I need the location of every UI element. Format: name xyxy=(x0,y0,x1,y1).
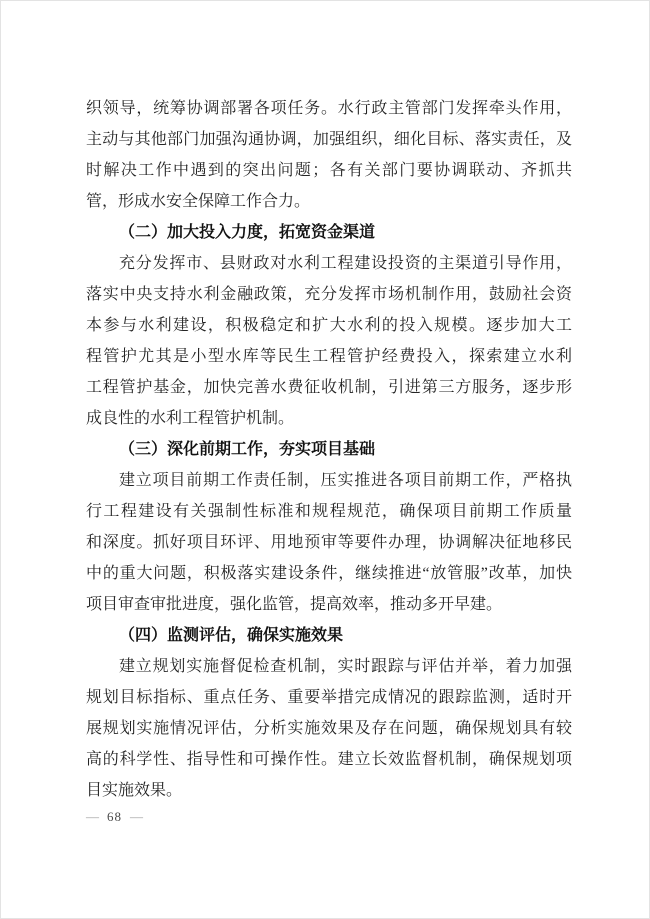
body-line: 目实施效果。 xyxy=(86,775,572,806)
document-page: 织领导，统筹协调部署各项任务。水行政主管部门发挥牵头作用， 主动与其他部门加强沟… xyxy=(0,0,650,919)
section-heading: （三）深化前期工作，夯实项目基础 xyxy=(86,434,572,465)
page-number: 68 xyxy=(107,809,122,824)
body-line: 充分发挥市、县财政对水利工程建设投资的主渠道引导作用， xyxy=(86,248,572,279)
footer-dash-left: — xyxy=(86,809,99,824)
body-line: 织领导，统筹协调部署各项任务。水行政主管部门发挥牵头作用， xyxy=(86,93,572,124)
document-body: 织领导，统筹协调部署各项任务。水行政主管部门发挥牵头作用， 主动与其他部门加强沟… xyxy=(86,93,572,806)
body-line: 建立项目前期工作责任制，压实推进各项目前期工作，严格执 xyxy=(86,465,572,496)
body-line: 中的重大问题，积极落实建设条件，继续推进“放管服”改革，加快 xyxy=(86,558,572,589)
body-line: 落实中央支持水利金融政策，充分发挥市场机制作用，鼓励社会资 xyxy=(86,279,572,310)
body-line: 时解决工作中遇到的突出问题；各有关部门要协调联动、齐抓共 xyxy=(86,155,572,186)
body-line: 程管护尤其是小型水库等民生工程管护经费投入，探索建立水利 xyxy=(86,341,572,372)
body-line: 和深度。抓好项目环评、用地预审等要件办理，协调解决征地移民 xyxy=(86,527,572,558)
body-line: 建立规划实施督促检查机制，实时跟踪与评估并举，着力加强 xyxy=(86,651,572,682)
body-line: 规划目标指标、重点任务、重要举措完成情况的跟踪监测，适时开 xyxy=(86,682,572,713)
body-line: 工程管护基金，加快完善水费征收机制，引进第三方服务，逐步形 xyxy=(86,372,572,403)
section-heading: （四）监测评估，确保实施效果 xyxy=(86,620,572,651)
body-line: 本参与水利建设，积极稳定和扩大水利的投入规模。逐步加大工 xyxy=(86,310,572,341)
body-line: 展规划实施情况评估，分析实施效果及存在问题，确保规划具有较 xyxy=(86,713,572,744)
footer-dash-right: — xyxy=(130,809,143,824)
body-line: 主动与其他部门加强沟通协调，加强组织，细化目标、落实责任，及 xyxy=(86,124,572,155)
body-line: 高的科学性、指导性和可操作性。建立长效监督机制，确保规划项 xyxy=(86,744,572,775)
section-heading: （二）加大投入力度，拓宽资金渠道 xyxy=(86,217,572,248)
body-line: 成良性的水利工程管护机制。 xyxy=(86,403,572,434)
body-line: 行工程建设有关强制性标准和规程规范，确保项目前期工作质量 xyxy=(86,496,572,527)
body-line: 项目审查审批进度，强化监管，提高效率，推动多开早建。 xyxy=(86,589,572,620)
page-footer: —68— xyxy=(86,807,143,827)
body-line: 管，形成水安全保障工作合力。 xyxy=(86,186,572,217)
